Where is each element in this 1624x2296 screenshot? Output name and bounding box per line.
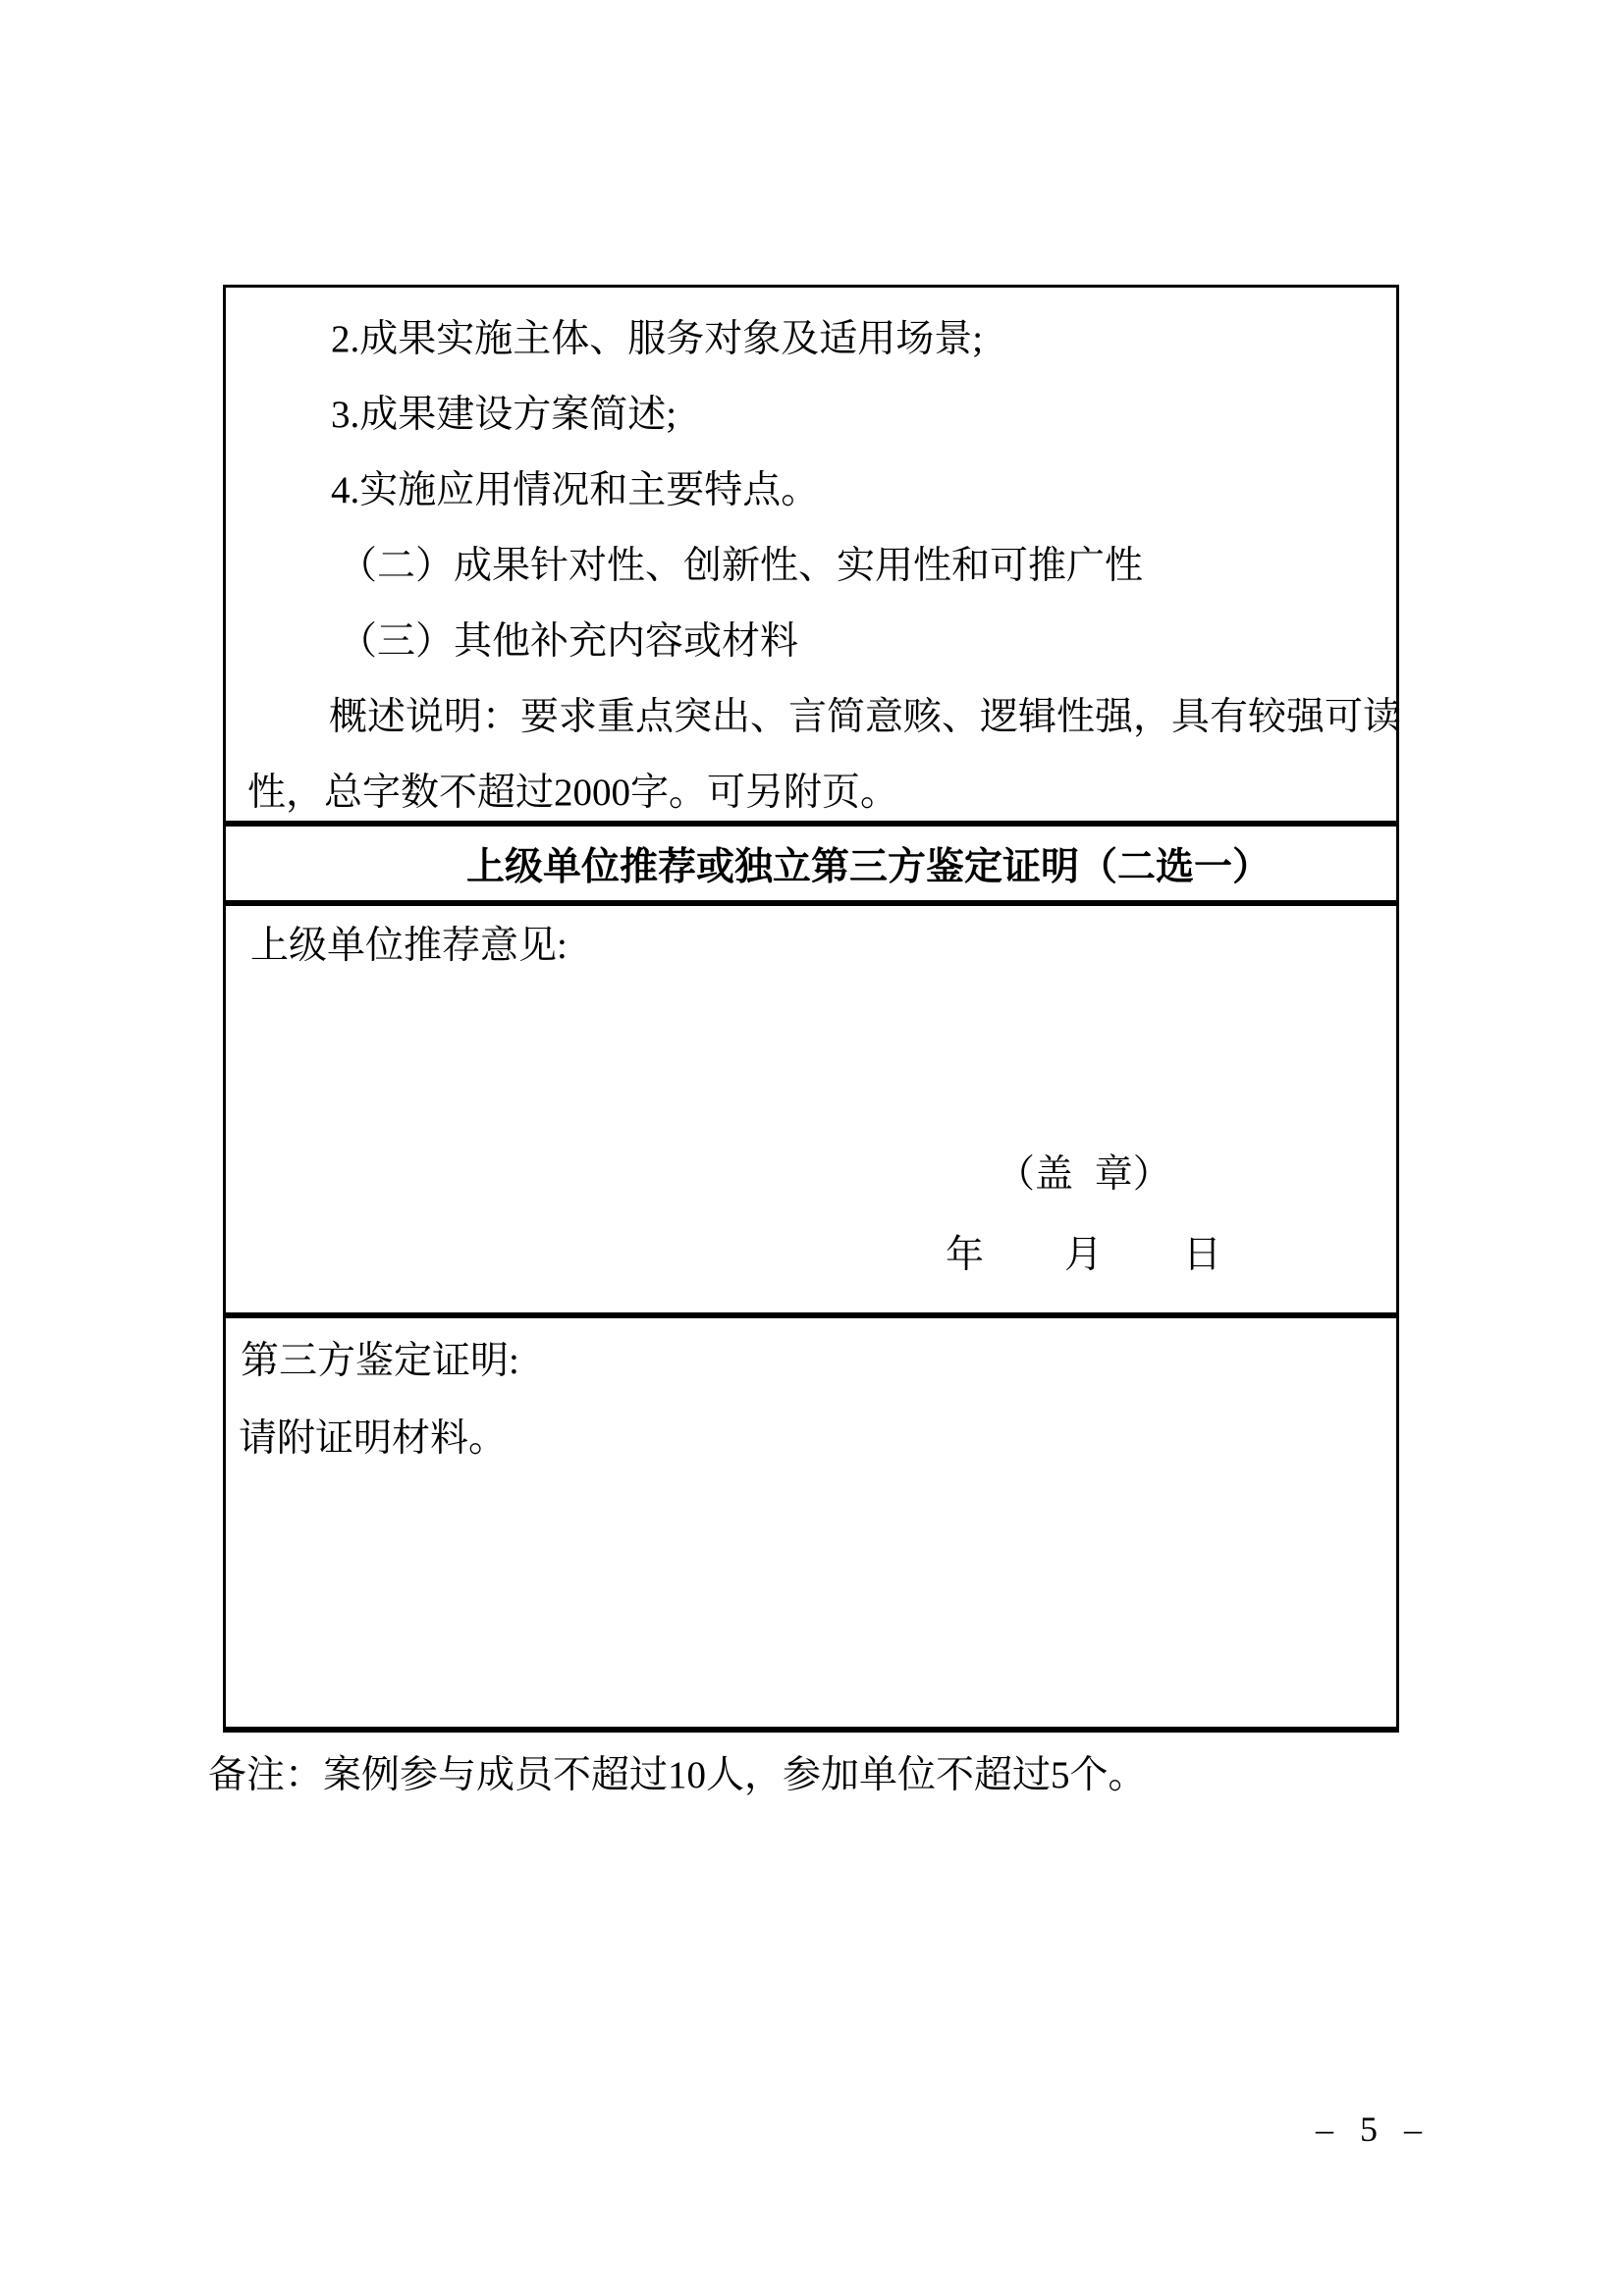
third-party-label: 第三方鉴定证明: bbox=[241, 1340, 519, 1383]
row-separator-2 bbox=[223, 900, 1399, 906]
third-party-note: 请附证明材料。 bbox=[239, 1417, 507, 1461]
section-header-title: 上级单位推荐或独立第三方鉴定证明（二选一） bbox=[466, 846, 1271, 889]
overview-line-6: 概述说明：要求重点突出、言简意赅、逻辑性强，具有较强可读 bbox=[329, 696, 1401, 739]
page-number: – 5 – bbox=[1316, 2109, 1424, 2150]
date-day-label: 日 bbox=[1183, 1234, 1221, 1277]
overview-line-5: （三）其他补充内容或材料 bbox=[339, 620, 798, 664]
row-separator-1 bbox=[223, 821, 1399, 827]
row-separator-3 bbox=[223, 1312, 1399, 1318]
seal-placeholder: （盖 章） bbox=[997, 1153, 1171, 1197]
overview-line-3: 4.实施应用情况和主要特点。 bbox=[331, 469, 819, 512]
date-month-label: 月 bbox=[1064, 1234, 1103, 1277]
overview-line-1: 2.成果实施主体、服务对象及适用场景; bbox=[331, 318, 983, 361]
date-year-label: 年 bbox=[946, 1234, 984, 1277]
overview-line-4: （二）成果针对性、创新性、实用性和可推广性 bbox=[339, 545, 1143, 588]
footnote: 备注：案例参与成员不超过10人，参加单位不超过5个。 bbox=[208, 1754, 1147, 1797]
date-line: 年 月 日 bbox=[946, 1234, 1221, 1277]
overview-line-7: 性，总字数不超过2000字。可另附页。 bbox=[247, 772, 898, 815]
overview-line-2: 3.成果建设方案简述; bbox=[331, 394, 677, 437]
recommendation-label: 上级单位推荐意见: bbox=[250, 925, 568, 968]
document-page: 2.成果实施主体、服务对象及适用场景; 3.成果建设方案简述; 4.实施应用情况… bbox=[0, 0, 1624, 2296]
